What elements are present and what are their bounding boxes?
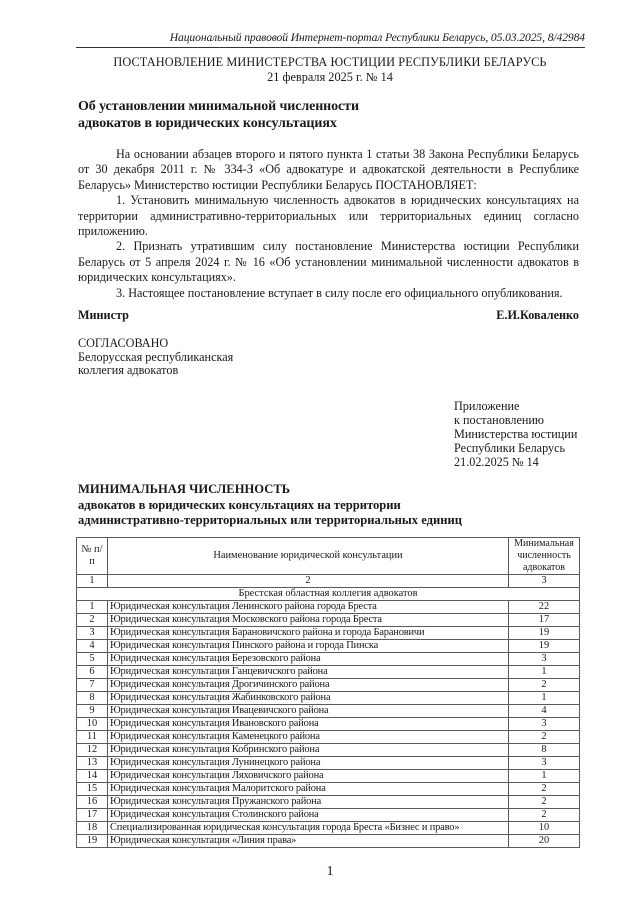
- signature-block: Министр Е.И.Коваленко: [78, 308, 579, 323]
- table-row: 4Юридическая консультация Пинского район…: [77, 640, 580, 653]
- minimum-count: 8: [509, 744, 580, 757]
- consultation-name: Юридическая консультация Ивацевичского р…: [108, 705, 509, 718]
- appendix-line: Приложение: [454, 399, 577, 413]
- table-row: 15Юридическая консультация Малоритского …: [77, 783, 580, 796]
- minimum-count: 2: [509, 783, 580, 796]
- group-label: Брестская областная коллегия адвокатов: [77, 588, 580, 601]
- table-row: 17Юридическая консультация Столинского р…: [77, 809, 580, 822]
- document-date: 21 февраля 2025 г. № 14: [0, 70, 640, 85]
- group-row: Брестская областная коллегия адвокатов: [77, 588, 580, 601]
- appendix-stamp: Приложение к постановлению Министерства …: [454, 399, 577, 469]
- row-number: 5: [77, 653, 108, 666]
- approval-line: коллегия адвокатов: [78, 364, 233, 378]
- minimum-count: 1: [509, 666, 580, 679]
- row-number: 16: [77, 796, 108, 809]
- row-number: 13: [77, 757, 108, 770]
- document-type: ПОСТАНОВЛЕНИЕ МИНИСТЕРСТВА ЮСТИЦИИ РЕСПУ…: [0, 55, 640, 70]
- row-number: 10: [77, 718, 108, 731]
- row-number: 2: [77, 614, 108, 627]
- row-number: 17: [77, 809, 108, 822]
- consultation-name: Юридическая консультация Каменецкого рай…: [108, 731, 509, 744]
- approval-line: Белорусская республиканская: [78, 351, 233, 365]
- clause-1: 1. Установить минимальную численность ад…: [78, 193, 579, 239]
- document-title: Об установлении минимальной численности …: [78, 98, 359, 132]
- consultation-name: Юридическая консультация Жабинковского р…: [108, 692, 509, 705]
- minimum-count: 17: [509, 614, 580, 627]
- row-number: 8: [77, 692, 108, 705]
- table-row: 19Юридическая консультация «Линия права»…: [77, 835, 580, 848]
- column-number: 1: [77, 575, 108, 588]
- consultation-name: Юридическая консультация Ивановского рай…: [108, 718, 509, 731]
- row-number: 9: [77, 705, 108, 718]
- clause-3: 3. Настоящее постановление вступает в си…: [78, 286, 579, 301]
- consultation-name: Юридическая консультация Лунинецкого рай…: [108, 757, 509, 770]
- consultation-name: Юридическая консультация Ляховичского ра…: [108, 770, 509, 783]
- row-number: 14: [77, 770, 108, 783]
- appendix-title: МИНИМАЛЬНАЯ ЧИСЛЕННОСТЬ адвокатов в юрид…: [78, 482, 462, 529]
- approval-block: СОГЛАСОВАНО Белорусская республиканская …: [78, 337, 233, 378]
- row-number: 3: [77, 627, 108, 640]
- minimum-count: 2: [509, 679, 580, 692]
- table-header-row: № п/п Наименование юридической консульта…: [77, 538, 580, 575]
- table-row: 1Юридическая консультация Ленинского рай…: [77, 601, 580, 614]
- minimum-count: 4: [509, 705, 580, 718]
- table-row: 8Юридическая консультация Жабинковского …: [77, 692, 580, 705]
- clause-2: 2. Признать утратившим силу постановлени…: [78, 239, 579, 285]
- running-header: Национальный правовой Интернет-портал Ре…: [76, 30, 585, 48]
- consultation-name: Юридическая консультация Березовского ра…: [108, 653, 509, 666]
- minimum-count: 22: [509, 601, 580, 614]
- row-number: 6: [77, 666, 108, 679]
- row-number: 19: [77, 835, 108, 848]
- consultation-name: Специализированная юридическая консульта…: [108, 822, 509, 835]
- approval-label: СОГЛАСОВАНО: [78, 337, 233, 351]
- consultation-name: Юридическая консультация Пружанского рай…: [108, 796, 509, 809]
- appendix-title-line: административно-территориальных или терр…: [78, 513, 462, 529]
- row-number: 1: [77, 601, 108, 614]
- row-number: 18: [77, 822, 108, 835]
- column-number: 3: [509, 575, 580, 588]
- title-line: адвокатов в юридических консультациях: [78, 115, 359, 132]
- consultation-name: Юридическая консультация Московского рай…: [108, 614, 509, 627]
- table-row: 13Юридическая консультация Лунинецкого р…: [77, 757, 580, 770]
- consultation-name: Юридическая консультация Кобринского рай…: [108, 744, 509, 757]
- consultation-name: Юридическая консультация Барановичского …: [108, 627, 509, 640]
- table-row: 2Юридическая консультация Московского ра…: [77, 614, 580, 627]
- minimum-count: 19: [509, 627, 580, 640]
- consultation-name: Юридическая консультация Пинского района…: [108, 640, 509, 653]
- minimum-count: 1: [509, 770, 580, 783]
- row-number: 4: [77, 640, 108, 653]
- minimum-count: 1: [509, 692, 580, 705]
- consultation-name: Юридическая консультация Столинского рай…: [108, 809, 509, 822]
- signatory-position: Министр: [78, 308, 129, 323]
- appendix-title-line: адвокатов в юридических консультациях на…: [78, 498, 462, 514]
- column-number: 2: [108, 575, 509, 588]
- minimum-count: 3: [509, 718, 580, 731]
- table-row: 6Юридическая консультация Ганцевичского …: [77, 666, 580, 679]
- preamble-paragraph: На основании абзацев второго и пятого пу…: [78, 147, 579, 193]
- table-row: 14Юридическая консультация Ляховичского …: [77, 770, 580, 783]
- document-page: Национальный правовой Интернет-портал Ре…: [0, 0, 640, 905]
- signatory-name: Е.И.Коваленко: [496, 308, 579, 323]
- table-row: 10Юридическая консультация Ивановского р…: [77, 718, 580, 731]
- table-row: 9Юридическая консультация Ивацевичского …: [77, 705, 580, 718]
- minimum-count: 2: [509, 731, 580, 744]
- minimum-count: 3: [509, 653, 580, 666]
- appendix-line: Республики Беларусь: [454, 441, 577, 455]
- table-row: 7Юридическая консультация Дрогичинского …: [77, 679, 580, 692]
- appendix-line: Министерства юстиции: [454, 427, 577, 441]
- header-qty: Минимальная численность адвокатов: [509, 538, 580, 575]
- header-num: № п/п: [77, 538, 108, 575]
- consultation-name: Юридическая консультация «Линия права»: [108, 835, 509, 848]
- minimum-count: 20: [509, 835, 580, 848]
- column-number-row: 1 2 3: [77, 575, 580, 588]
- page-number: 1: [0, 864, 640, 880]
- appendix-line: 21.02.2025 № 14: [454, 455, 577, 469]
- consultation-name: Юридическая консультация Ганцевичского р…: [108, 666, 509, 679]
- consultation-name: Юридическая консультация Малоритского ра…: [108, 783, 509, 796]
- consultation-name: Юридическая консультация Ленинского райо…: [108, 601, 509, 614]
- row-number: 11: [77, 731, 108, 744]
- document-body: На основании абзацев второго и пятого пу…: [78, 147, 579, 301]
- minimum-count: 3: [509, 757, 580, 770]
- table-row: 11Юридическая консультация Каменецкого р…: [77, 731, 580, 744]
- appendix-line: к постановлению: [454, 413, 577, 427]
- row-number: 7: [77, 679, 108, 692]
- row-number: 12: [77, 744, 108, 757]
- consultation-name: Юридическая консультация Дрогичинского р…: [108, 679, 509, 692]
- row-number: 15: [77, 783, 108, 796]
- table-row: 18Специализированная юридическая консуль…: [77, 822, 580, 835]
- table-row: 3Юридическая консультация Барановичского…: [77, 627, 580, 640]
- table-row: 12Юридическая консультация Кобринского р…: [77, 744, 580, 757]
- title-line: Об установлении минимальной численности: [78, 98, 359, 115]
- minimum-count: 2: [509, 809, 580, 822]
- minimum-count: 10: [509, 822, 580, 835]
- minimum-counts-table: № п/п Наименование юридической консульта…: [76, 537, 580, 848]
- minimum-count: 2: [509, 796, 580, 809]
- table-row: 5Юридическая консультация Березовского р…: [77, 653, 580, 666]
- appendix-title-line: МИНИМАЛЬНАЯ ЧИСЛЕННОСТЬ: [78, 482, 462, 498]
- header-name: Наименование юридической консультации: [108, 538, 509, 575]
- minimum-count: 19: [509, 640, 580, 653]
- table-row: 16Юридическая консультация Пружанского р…: [77, 796, 580, 809]
